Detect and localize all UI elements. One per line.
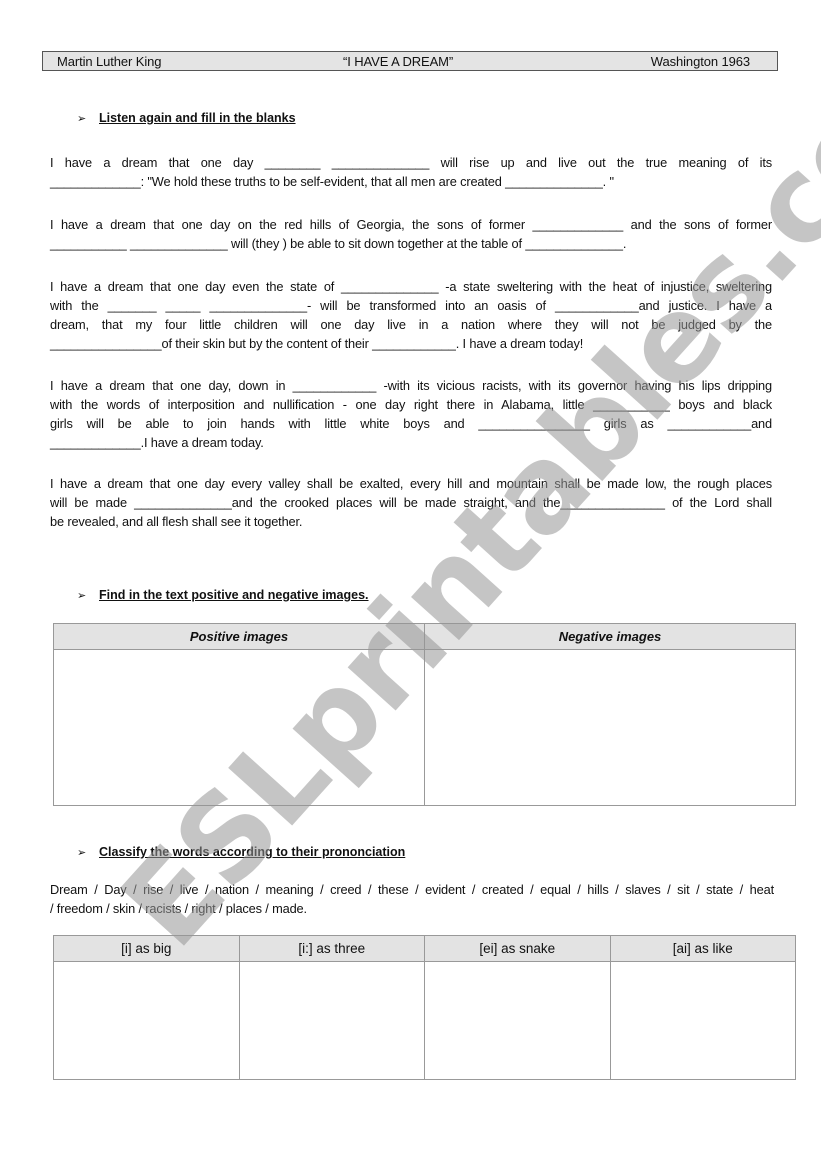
paragraph-line: with the _______ _____ ______________- w… [50,296,772,315]
column-header-positive: Positive images [54,624,425,650]
paragraph-line: dream, that my four little children will… [50,315,772,334]
answer-cell-ai[interactable] [610,962,796,1080]
answer-cell-positive[interactable] [54,650,425,806]
pronunciation-table: [i] as big [i:] as three [ei] as snake [… [53,935,796,1080]
section-heading-fill-blanks: ➢ Listen again and fill in the blanks [77,111,296,125]
column-header-ei: [ei] as snake [425,936,611,962]
paragraph-line: ___________ ______________ will (they ) … [50,234,772,253]
word-list-line: / freedom / skin / racists / right / pla… [50,899,774,918]
paragraph-1: I have a dream that one day ________ ___… [50,153,772,191]
column-header-ai: [ai] as like [610,936,796,962]
section-heading-classify: ➢ Classify the words according to their … [77,845,405,859]
section-heading-text: Classify the words according to their pr… [99,845,405,859]
column-header-i-short: [i] as big [54,936,240,962]
answer-cell-i-long[interactable] [239,962,425,1080]
word-list-line: Dream / Day / rise / live / nation / mea… [50,880,774,899]
paragraph-5: I have a dream that one day every valley… [50,474,772,531]
header-author: Martin Luther King [57,54,161,69]
arrow-bullet-icon: ➢ [77,589,99,602]
paragraph-line: will be made ______________and the crook… [50,493,772,512]
header-place-date: Washington 1963 [651,54,750,69]
section-heading-text: Listen again and fill in the blanks [99,111,296,125]
paragraph-line: _____________.I have a dream today. [50,433,772,452]
paragraph-line: I have a dream that one day on the red h… [50,215,772,234]
header-title: “I HAVE A DREAM” [343,54,453,69]
word-list: Dream / Day / rise / live / nation / mea… [50,880,774,918]
paragraph-line: with the words of interposition and null… [50,395,772,414]
arrow-bullet-icon: ➢ [77,112,99,125]
paragraph-3: I have a dream that one day even the sta… [50,277,772,353]
header-bar: Martin Luther King “I HAVE A DREAM” Wash… [42,51,778,71]
section-heading-text: Find in the text positive and negative i… [99,588,369,602]
paragraph-2: I have a dream that one day on the red h… [50,215,772,253]
paragraph-line: be revealed, and all flesh shall see it … [50,512,772,531]
paragraph-line: ________________of their skin but by the… [50,334,772,353]
paragraph-4: I have a dream that one day, down in ___… [50,376,772,452]
paragraph-line: I have a dream that one day, down in ___… [50,376,772,395]
paragraph-line: girls will be able to join hands with li… [50,414,772,433]
arrow-bullet-icon: ➢ [77,846,99,859]
column-header-i-long: [i:] as three [239,936,425,962]
answer-cell-ei[interactable] [425,962,611,1080]
paragraph-line: _____________: "We hold these truths to … [50,172,772,191]
answer-cell-i-short[interactable] [54,962,240,1080]
answer-cell-negative[interactable] [425,650,796,806]
paragraph-line: I have a dream that one day every valley… [50,474,772,493]
paragraph-line: I have a dream that one day even the sta… [50,277,772,296]
section-heading-images: ➢ Find in the text positive and negative… [77,588,369,602]
paragraph-line: I have a dream that one day ________ ___… [50,153,772,172]
images-table: Positive images Negative images [53,623,796,806]
column-header-negative: Negative images [425,624,796,650]
worksheet-page: Martin Luther King “I HAVE A DREAM” Wash… [0,0,821,1162]
